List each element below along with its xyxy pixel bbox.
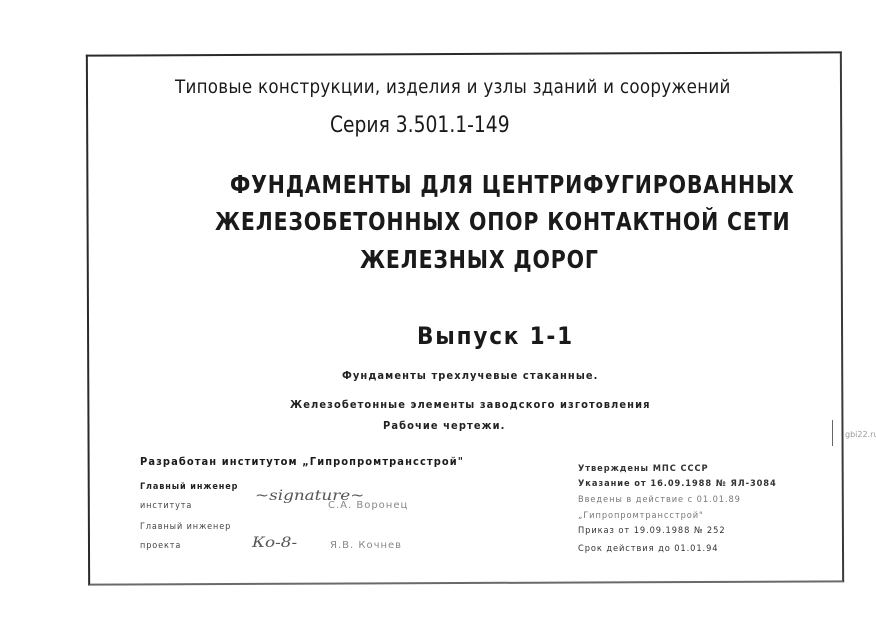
title-line-2: ЖЕЛЕЗОБЕТОННЫХ ОПОР КОНТАКТНОЙ СЕТИ: [215, 207, 791, 236]
subtitle-line-1: Фундаменты трехлучевые стаканные.: [342, 369, 599, 382]
watermark: gbi22.ru: [845, 430, 876, 439]
series-number: Серия 3.501.1-149: [330, 113, 510, 138]
approval-line-4: „Гипропромтрансстрой": [578, 511, 704, 521]
developer-line: Разработан институтом „Гипропромтрансстр…: [140, 455, 464, 468]
title-line-3: ЖЕЛЕЗНЫХ ДОРОГ: [360, 245, 599, 274]
approval-line-1: Утверждены МПС СССР: [578, 464, 709, 474]
signatory-1-role: Главный инженер: [140, 482, 238, 492]
subtitle-line-3: Рабочие чертежи.: [383, 419, 505, 432]
approval-line-5: Приказ от 19.09.1988 № 252: [578, 526, 726, 536]
approval-line-3: Введены в действие с 01.01.89: [578, 495, 741, 505]
signatory-2-signature: Ко-8-: [252, 535, 297, 551]
signatory-1-role-2: института: [140, 501, 192, 511]
approval-line-6: Срок действия до 01.01.94: [578, 544, 718, 554]
signatory-2-role: Главный инженер: [140, 522, 231, 532]
subtitle-line-2: Железобетонные элементы заводского изгот…: [290, 398, 651, 411]
approval-line-2: Указание от 16.09.1988 № ЯЛ-3084: [578, 479, 777, 489]
header-text: Типовые конструкции, изделия и узлы здан…: [175, 76, 731, 98]
signatory-2-role-2: проекта: [140, 541, 181, 551]
page-edge-mark: [832, 420, 833, 446]
signatory-1-name: С.А. Воронец: [328, 500, 408, 511]
issue-number: Выпуск 1-1: [417, 322, 574, 350]
signatory-2-name: Я.В. Кочнев: [330, 540, 402, 551]
title-line-1: ФУНДАМЕНТЫ ДЛЯ ЦЕНТРИФУГИРОВАННЫХ: [230, 170, 795, 199]
